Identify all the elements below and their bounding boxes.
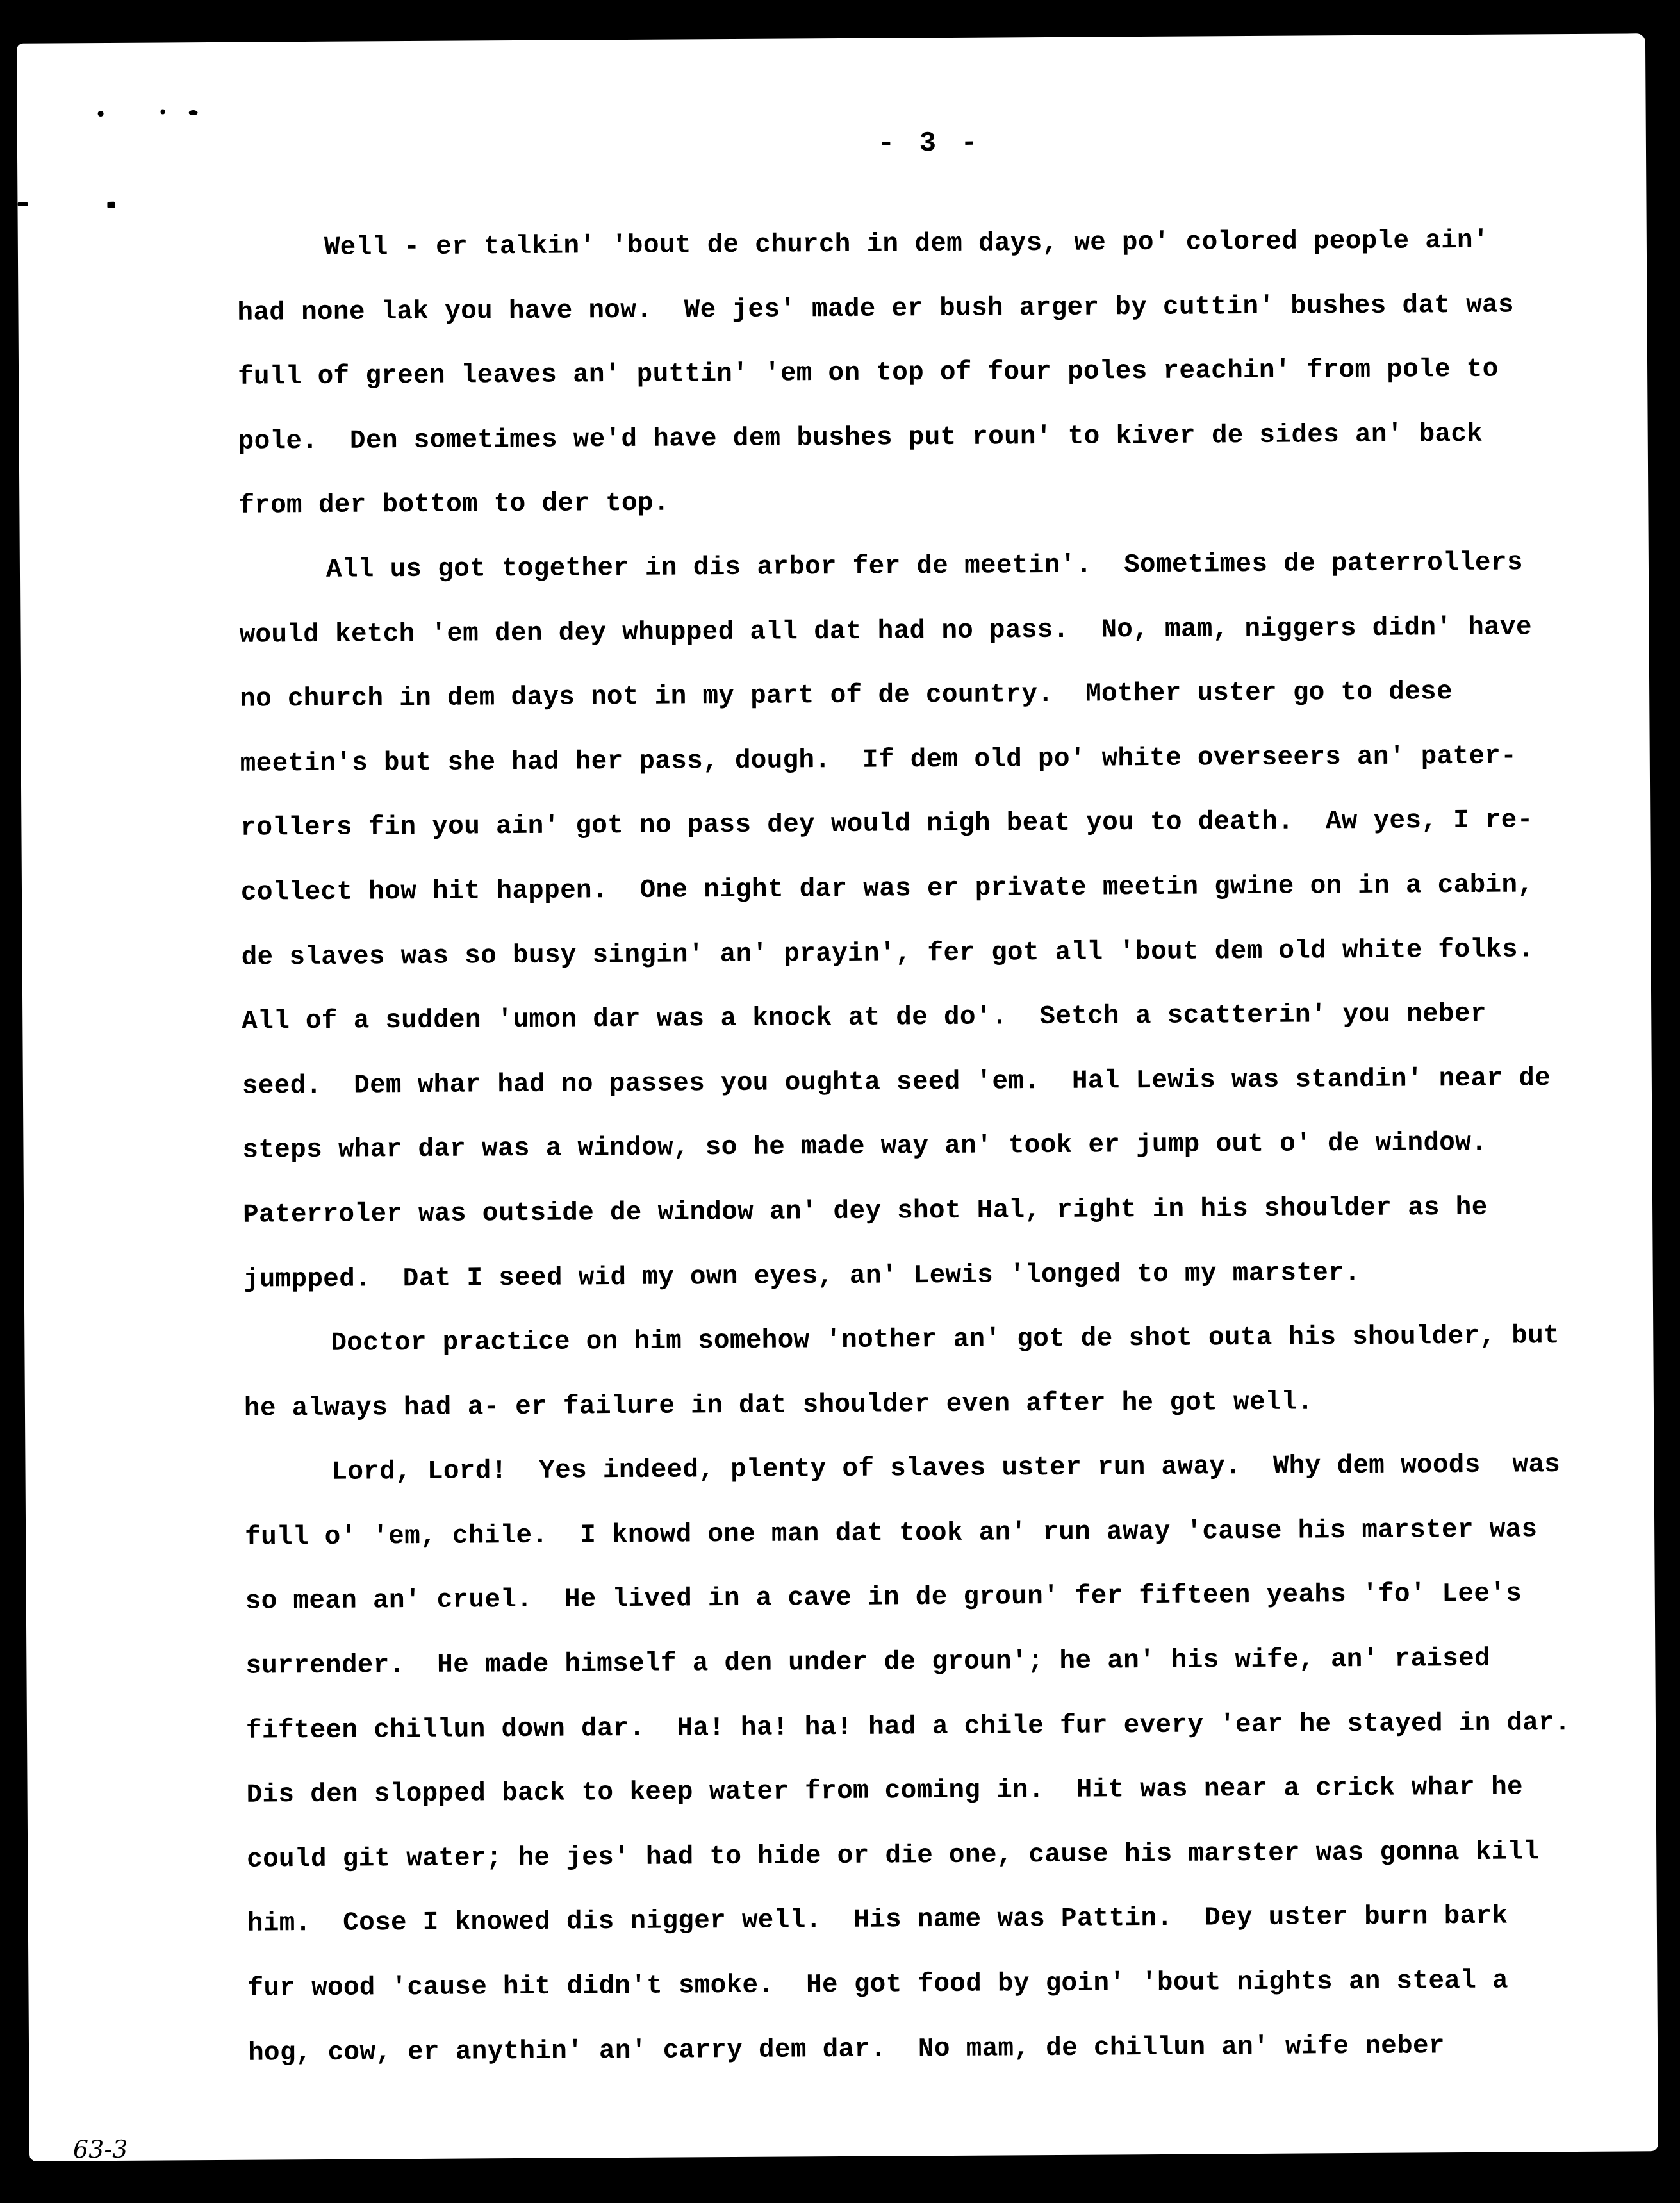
text-line: so mean an' cruel. He lived in a cave in… — [245, 1574, 1592, 1647]
text-line: could git water; he jes' had to hide or … — [247, 1833, 1593, 1905]
text-line: Paterroler was outside de window an' dey… — [243, 1188, 1589, 1260]
text-line: surrender. He made himself a den under d… — [245, 1639, 1592, 1712]
text-line: seed. Dem whar had no passes you oughta … — [242, 1059, 1588, 1132]
text-line: All us got together in dis arbor fer de … — [239, 543, 1585, 616]
text-line: meetin's but she had her pass, dough. If… — [240, 737, 1586, 809]
text-line: Doctor practice on him somehow 'nother a… — [243, 1317, 1590, 1389]
text-line: no church in dem days not in my part of … — [240, 672, 1586, 745]
text-line: Lord, Lord! Yes indeed, plenty of slaves… — [244, 1446, 1590, 1518]
text-line: hog, cow, er anythin' an' carry dem dar.… — [248, 2026, 1594, 2098]
body-text: Well - er talkin' 'bout de church in dem… — [237, 221, 1594, 2099]
text-line: full of green leaves an' puttin' 'em on … — [238, 350, 1584, 422]
ink-speck — [161, 109, 165, 114]
handwritten-margin-note: 63-3 — [73, 2135, 128, 2164]
ink-speck — [107, 202, 115, 208]
text-line: from der bottom to der top. — [238, 479, 1585, 551]
text-line: collect how hit happen. One night dar wa… — [241, 866, 1587, 938]
text-line: Dis den slopped back to keep water from … — [246, 1768, 1592, 1840]
text-line: pole. Den sometimes we'd have dem bushes… — [238, 415, 1585, 487]
text-line: steps whar dar was a window, so he made … — [242, 1123, 1588, 1196]
text-line: de slaves was so busy singin' an' prayin… — [241, 930, 1587, 1002]
ink-speck — [98, 111, 104, 117]
ink-speck — [189, 110, 198, 115]
text-line: full o' 'em, chile. I knowd one man dat … — [245, 1510, 1591, 1583]
text-line: All of a sudden 'umon dar was a knock at… — [242, 994, 1588, 1067]
text-line: jumpped. Dat I seed wid my own eyes, an'… — [243, 1252, 1590, 1324]
ink-speck — [17, 202, 28, 206]
text-line: he always had a- er failure in dat shoul… — [244, 1382, 1590, 1454]
text-line: him. Cose I knowed dis nigger well. His … — [247, 1897, 1594, 1969]
text-line: fur wood 'cause hit didn't smoke. He got… — [247, 1961, 1594, 2034]
page-number: - 3 - — [878, 128, 982, 160]
text-line: fifteen chillun down dar. Ha! ha! ha! ha… — [246, 1703, 1592, 1776]
text-line: had none lak you have now. We jes' made … — [237, 285, 1583, 358]
text-line: would ketch 'em den dey whupped all dat … — [239, 607, 1585, 680]
text-line: Well - er talkin' 'bout de church in dem… — [237, 221, 1583, 293]
typed-page: - 3 - Well - er talkin' 'bout de church … — [17, 33, 1658, 2161]
text-line: rollers fin you ain' got no pass dey wou… — [240, 801, 1586, 873]
